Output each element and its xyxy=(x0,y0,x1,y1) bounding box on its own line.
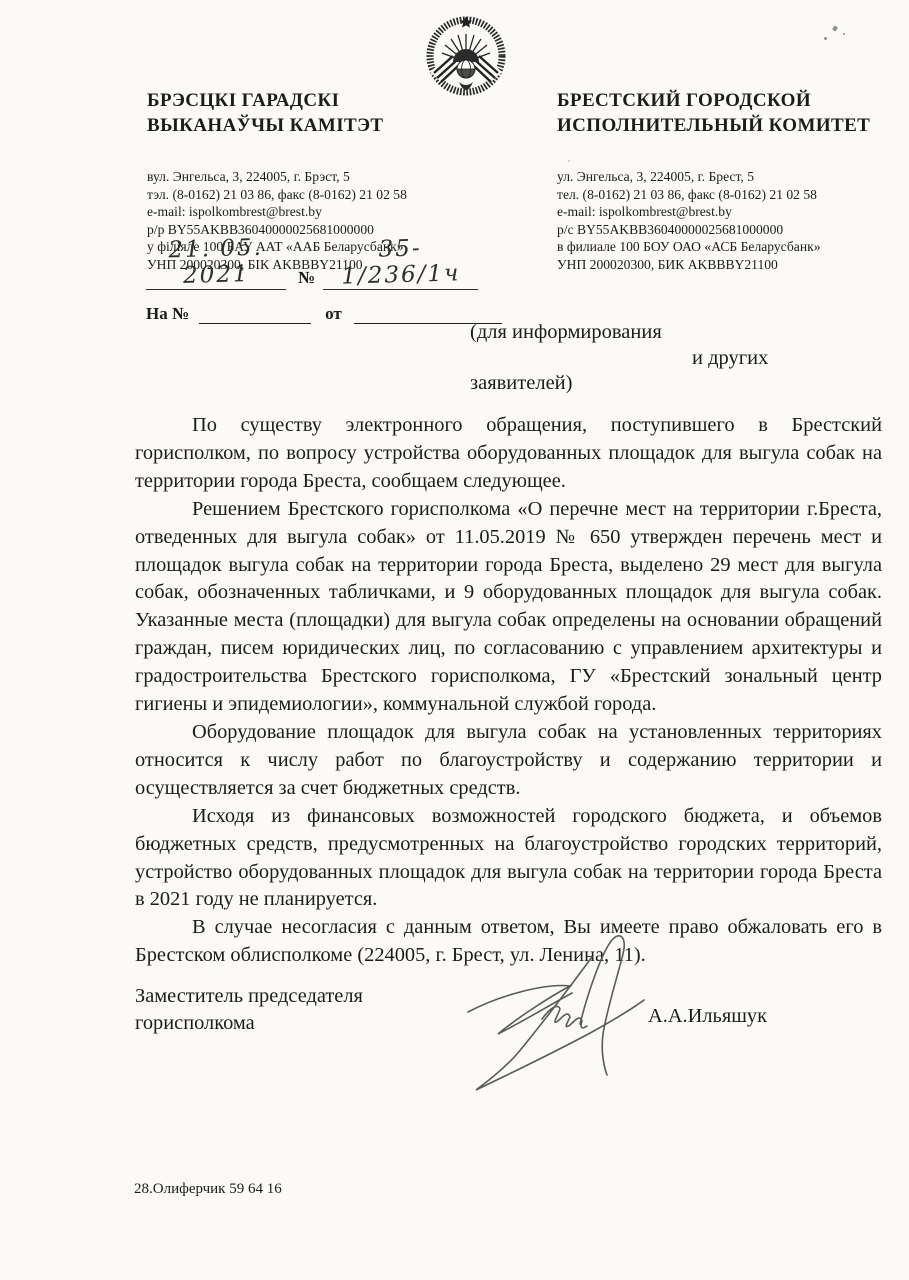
org-title-by-line1: БРЭСЦКІ ГАРАДСКІ xyxy=(147,88,492,113)
paragraph-3: Оборудование площадок для выгула собак н… xyxy=(135,719,882,803)
org-title-ru-line2: ИСПОЛНИТЕЛЬНЫЙ КОМИТЕТ xyxy=(557,113,902,138)
bank-line: в филиале 100 БОУ ОАО «АСБ Беларусбанк» xyxy=(557,238,902,256)
reply-number-blank xyxy=(199,309,311,324)
outgoing-date-field: 21. 05. 2021 xyxy=(146,236,286,290)
reply-to-label: На № xyxy=(146,304,189,324)
paragraph-1: По существу электронного обращения, пост… xyxy=(135,412,882,496)
ink-speck xyxy=(843,33,845,35)
paragraph-4: Исходя из финансовых возможностей городс… xyxy=(135,803,882,915)
handwritten-number: 35-1/236/1ч xyxy=(322,234,478,290)
signer-position-line1: Заместитель председателя xyxy=(135,983,363,1010)
executor-note: 28.Олиферчик 59 64 16 xyxy=(134,1181,282,1198)
address-line: ул. Энгельса, 3, 224005, г. Брест, 5 xyxy=(557,168,902,186)
ink-speck xyxy=(824,37,827,40)
letterhead-russian: БРЕСТСКИЙ ГОРОДСКОЙ ИСПОЛНИТЕЛЬНЫЙ КОМИТ… xyxy=(557,88,902,274)
number-sign: № xyxy=(298,268,315,288)
signer-position: Заместитель председателя горисполкома xyxy=(135,983,363,1037)
email-line: e-mail: ispolkombrest@brest.by xyxy=(557,203,902,221)
addressee-line1: (для информирования xyxy=(470,320,810,346)
addressee-line3: заявителей) xyxy=(470,371,810,397)
unp-line: УНП 200020300, БИК AKBBBY21100 xyxy=(557,256,902,274)
signer-name: А.А.Ильяшук xyxy=(648,1005,767,1028)
handwritten-date: 21. 05. 2021 xyxy=(145,234,286,290)
org-title-ru-line1: БРЕСТСКИЙ ГОРОДСКОЙ xyxy=(557,88,902,113)
letter-body: По существу электронного обращения, пост… xyxy=(135,412,882,970)
ink-speck xyxy=(832,25,838,31)
org-title-by-line2: ВЫКАНАЎЧЫ КАМІТЭТ xyxy=(147,113,492,138)
phone-line: тел. (8-0162) 21 03 86, факс (8-0162) 21… xyxy=(557,186,902,204)
paragraph-2: Решением Брестского горисполкома «О пере… xyxy=(135,496,882,719)
addressee-line2: и других xyxy=(470,346,810,372)
phone-line: тэл. (8-0162) 21 03 86, факс (8-0162) 21… xyxy=(147,186,492,204)
address-line: вул. Энгельса, 3, 224005, г. Брэст, 5 xyxy=(147,168,492,186)
account-line: р/с BY55AKBB36040000025681000000 xyxy=(557,221,902,239)
scanned-letter-page: БРЭСЦКІ ГАРАДСКІ ВЫКАНАЎЧЫ КАМІТЭТ вул. … xyxy=(0,0,909,1280)
belarus-coat-of-arms-icon xyxy=(424,12,508,96)
email-line: e-mail: ispolkombrest@brest.by xyxy=(147,203,492,221)
outgoing-number-field: 35-1/236/1ч xyxy=(323,236,478,290)
addressee-note: (для информирования и других заявителей) xyxy=(470,320,810,397)
from-label: от xyxy=(325,304,342,324)
reference-block: 21. 05. 2021 № 35-1/236/1ч На № от xyxy=(146,250,566,324)
signer-position-line2: горисполкома xyxy=(135,1010,363,1037)
